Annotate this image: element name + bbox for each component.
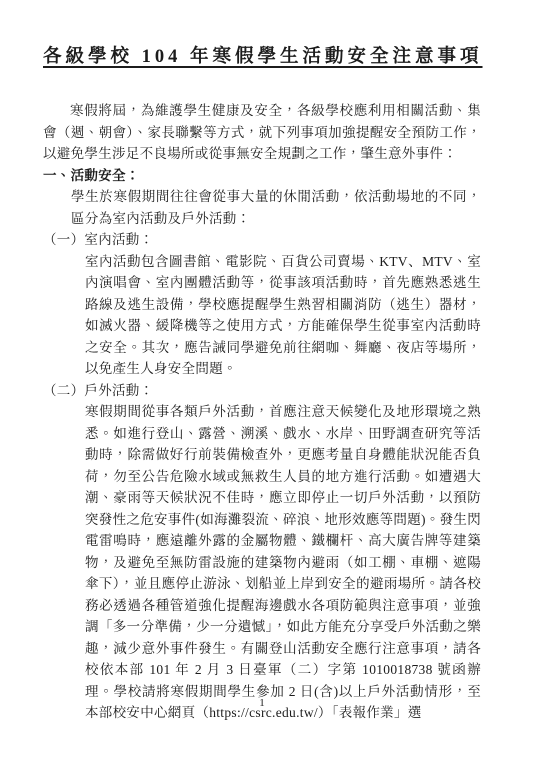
document-page: 各級學校 104 年寒假學生活動安全注意事項 寒假將屆，為維護學生健康及安全，各… bbox=[0, 0, 543, 768]
section-body-activity-safety: 學生於寒假期間往往會從事大量的休閒活動，依活動場地的不同，區分為室內活動及戶外活… bbox=[71, 186, 481, 229]
item-heading-indoor-activities: （一）室內活動： bbox=[43, 229, 481, 251]
item-heading-outdoor-activities: （二）戶外活動： bbox=[43, 380, 481, 402]
intro-paragraph: 寒假將屆，為維護學生健康及安全，各級學校應利用相關活動、集會（週、朝會）、家長聯… bbox=[43, 100, 481, 165]
document-title: 各級學校 104 年寒假學生活動安全注意事項 bbox=[43, 44, 481, 70]
item-body-outdoor-activities: 寒假期間從事各類戶外活動，首應注意天候變化及地形環境之熟悉。如進行登山、露營、溯… bbox=[85, 401, 481, 724]
item-body-indoor-activities: 室內活動包含圖書館、電影院、百貨公司賣場、KTV、MTV、室內演唱會、室內團體活… bbox=[85, 251, 481, 380]
section-heading-activity-safety: 一、活動安全： bbox=[43, 165, 481, 187]
page-number: 1 bbox=[43, 696, 481, 710]
